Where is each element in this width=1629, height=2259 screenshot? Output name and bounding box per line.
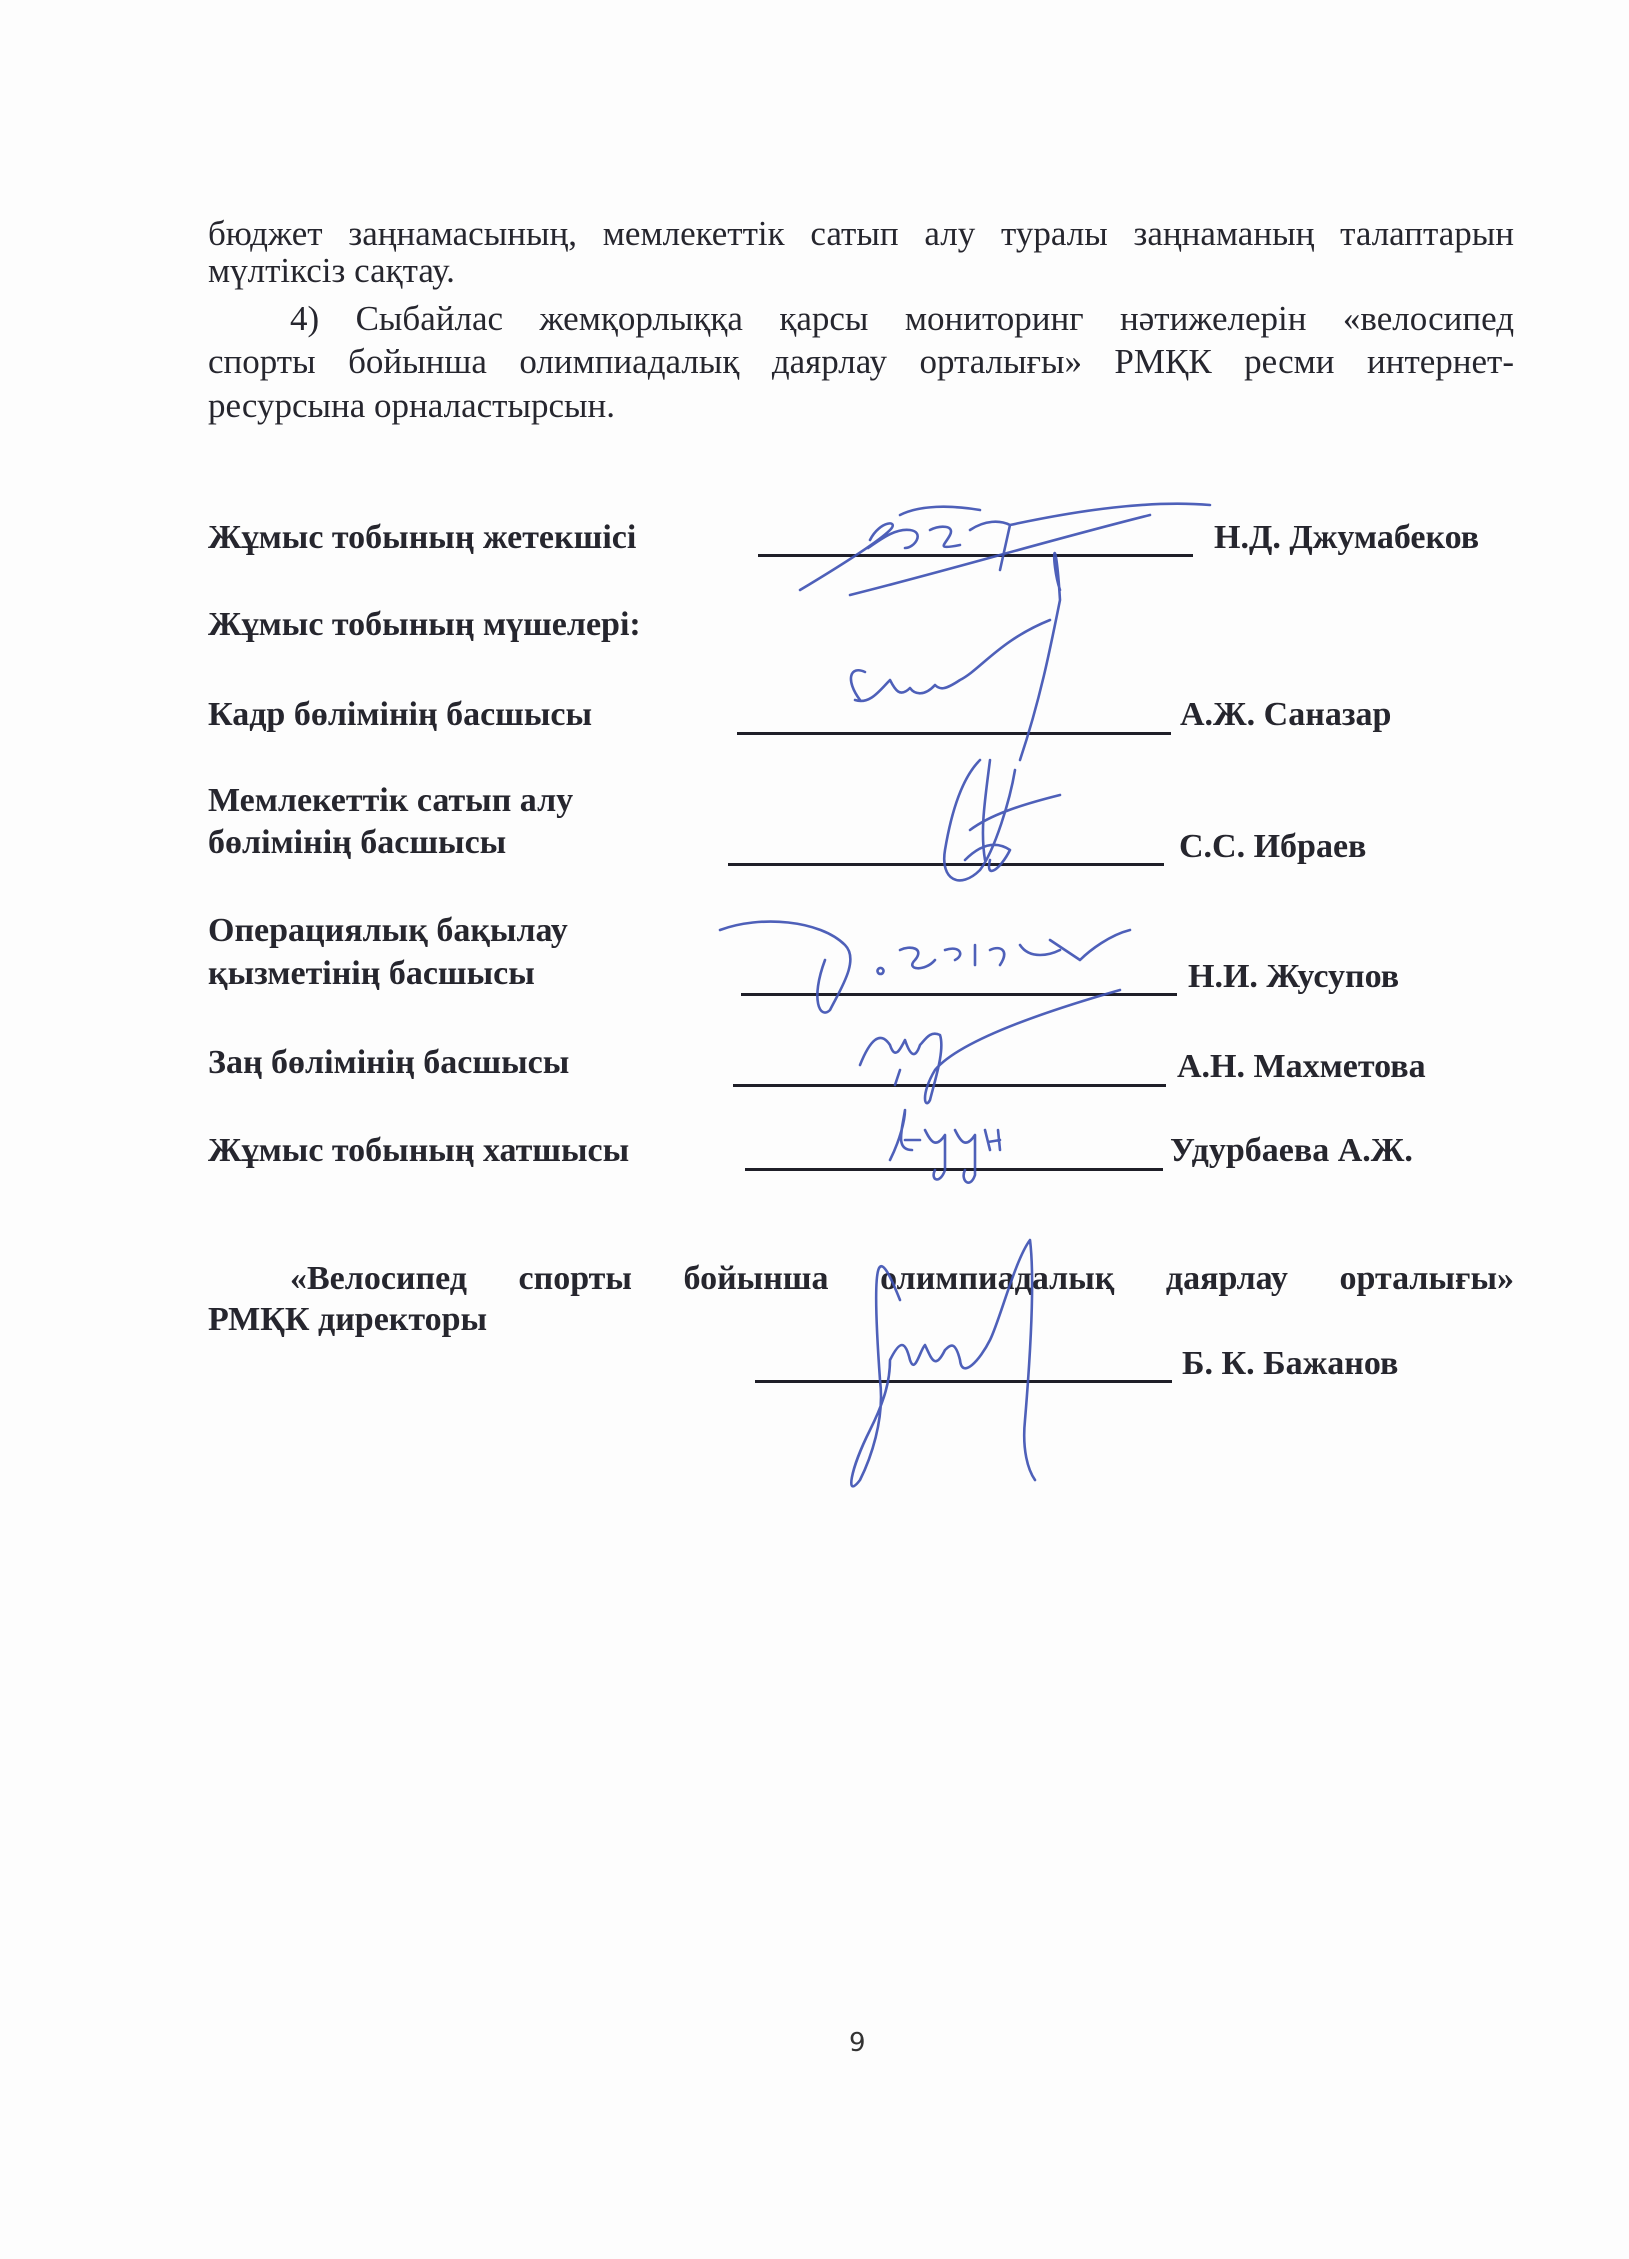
signature-hr	[851, 553, 1060, 760]
leader-title: Жұмыс тобының жетекшісі	[208, 517, 636, 559]
secretary-name: Удурбаева А.Ж.	[1170, 1130, 1413, 1172]
hr-head-title: Кадр бөлімінің басшысы	[208, 694, 592, 736]
procurement-head-title-line2: бөлімінің басшысы	[208, 822, 506, 864]
signature-line	[758, 554, 1193, 557]
operations-head-title-line2: қызметінің басшысы	[208, 953, 535, 995]
legal-head-title: Заң бөлімінің басшысы	[208, 1042, 569, 1084]
director-name: Б. К. Бажанов	[1182, 1343, 1398, 1385]
secretary-title: Жұмыс тобының хатшысы	[208, 1130, 629, 1172]
page-number: 9	[849, 2028, 866, 2058]
operations-head-title-line1: Операциялық бақылау	[208, 910, 568, 952]
paragraph-line: мүлтіксіз сақтау.	[208, 249, 1514, 292]
signature-line	[737, 732, 1171, 735]
signature-leader	[800, 504, 1210, 595]
signature-line	[755, 1380, 1172, 1383]
operations-head-name: Н.И. Жусупов	[1188, 956, 1399, 998]
director-title-line2: РМҚК директоры	[208, 1299, 487, 1341]
legal-head-name: А.Н. Махметова	[1177, 1046, 1426, 1088]
director-title-line1: «Велосипед спорты бойынша олимпиадалық д…	[208, 1258, 1514, 1300]
paragraph-line: спорты бойынша олимпиадалық даярлау орта…	[208, 340, 1514, 383]
signature-operations	[720, 922, 1130, 1013]
procurement-head-title-line1: Мемлекеттік сатып алу	[208, 780, 573, 822]
signature-line	[733, 1084, 1166, 1087]
procurement-head-name: С.С. Ибраев	[1179, 826, 1366, 868]
leader-name: Н.Д. Джумабеков	[1214, 517, 1479, 559]
paragraph-line: 4) Сыбайлас жемқорлыққа қарсы мониторинг…	[208, 297, 1514, 340]
paragraph-line: ресурсына орналастырсын.	[208, 384, 1514, 427]
hr-head-name: А.Ж. Саназар	[1180, 694, 1391, 736]
signature-line	[728, 863, 1164, 866]
members-header: Жұмыс тобының мүшелері:	[208, 604, 641, 646]
signature-secretary	[890, 1110, 1000, 1183]
signature-line	[741, 993, 1177, 996]
signature-line	[745, 1168, 1163, 1171]
